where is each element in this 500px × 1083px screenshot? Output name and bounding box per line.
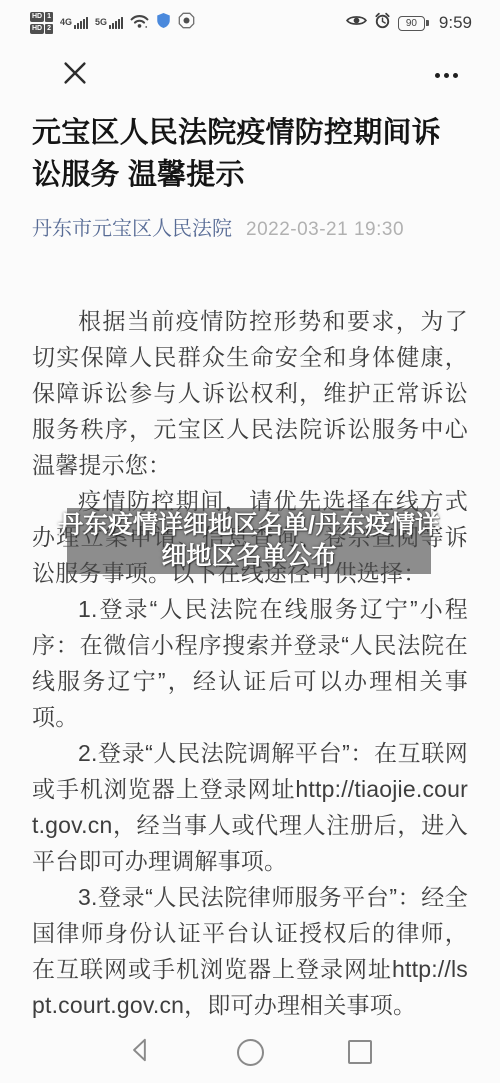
android-nav-bar	[0, 1021, 500, 1083]
overlay-text-line1: 丹东疫情详细地区名单/丹东疫情详	[58, 510, 440, 541]
hd-sim2-badge: HD	[30, 24, 44, 34]
phone-screen: HD 1 HD 2 4G 5G	[0, 0, 500, 1083]
article-paragraph: 根据当前疫情防控形势和要求，为了切实保障人民群众生命安全和身体健康，保障诉讼参与…	[32, 303, 468, 483]
overlay-text-line2: 细地区名单公布	[161, 541, 336, 572]
close-button[interactable]	[56, 56, 94, 94]
signal-bars-sim2-icon: 5G	[95, 17, 123, 29]
article-source-link[interactable]: 丹东市元宝区人民法院	[32, 212, 232, 241]
wifi-icon	[130, 13, 149, 34]
home-button[interactable]	[234, 1036, 266, 1068]
network-type-sim2: 5G	[95, 17, 107, 27]
article-paragraph: 2.登录“人民法院调解平台”：在互联网或手机浏览器上登录网址http://tia…	[32, 735, 468, 879]
network-type-sim1: 4G	[60, 17, 72, 27]
status-bar-right: 90 9:59	[346, 12, 472, 34]
battery-icon: 90	[398, 16, 425, 31]
article-title: 元宝区人民法院疫情防控期间诉讼服务 温馨提示	[32, 112, 468, 196]
back-icon	[127, 1036, 153, 1069]
overlay-link-banner[interactable]: 丹东疫情详细地区名单/丹东疫情详 细地区名单公布	[67, 508, 431, 574]
volte-hd-icon: HD 1 HD 2	[30, 12, 53, 34]
article-paragraph: 3.登录“人民法院律师服务平台”：经全国律师身份认证平台认证授权后的律师，在互联…	[32, 879, 468, 1023]
signal-bars-sim1-icon: 4G	[60, 17, 88, 29]
more-options-button[interactable]	[424, 60, 468, 90]
alarm-icon	[374, 12, 391, 34]
article-paragraph: 1.登录“人民法院在线服务辽宁”小程序：在微信小程序搜索并登录“人民法院在线服务…	[32, 591, 468, 735]
recents-button[interactable]	[344, 1036, 376, 1068]
status-bar-left: HD 1 HD 2 4G 5G	[30, 12, 195, 34]
article-body: 根据当前疫情防控形势和要求，为了切实保障人民群众生命安全和身体健康，保障诉讼参与…	[32, 303, 468, 1023]
octagon-badge-icon	[178, 12, 195, 34]
vpn-shield-icon	[156, 12, 171, 34]
battery-percent: 90	[406, 18, 417, 29]
status-time: 9:59	[439, 13, 472, 33]
eye-comfort-icon	[346, 14, 367, 32]
article-meta: 丹东市元宝区人民法院 2022-03-21 19:30	[32, 212, 468, 241]
article-publish-date: 2022-03-21 19:30	[246, 219, 404, 241]
hd-sim2-number: 2	[45, 24, 53, 34]
close-icon	[60, 58, 90, 93]
back-button[interactable]	[124, 1036, 156, 1068]
hd-sim1-badge: HD	[30, 12, 44, 22]
page-toolbar	[0, 52, 500, 98]
status-bar: HD 1 HD 2 4G 5G	[0, 0, 500, 48]
more-icon	[435, 73, 440, 78]
hd-sim1-number: 1	[45, 12, 53, 22]
recents-icon	[348, 1040, 372, 1064]
home-icon	[237, 1039, 264, 1066]
